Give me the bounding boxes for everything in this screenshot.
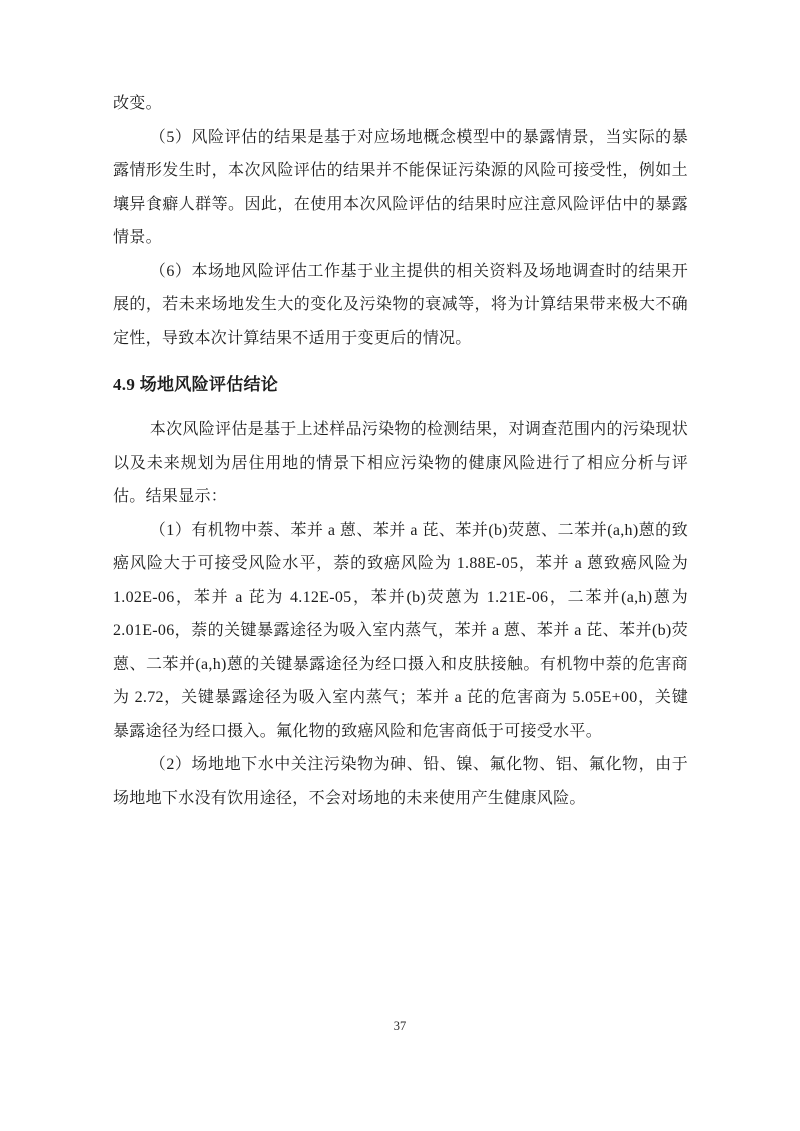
page-number: 37 [0,1018,800,1034]
paragraph-continuation: 改变。 [113,87,688,121]
document-page: 改变。 （5）风险评估的结果是基于对应场地概念模型中的暴露情景，当实际的暴露情形… [0,0,800,1131]
paragraph-item-5: （5）风险评估的结果是基于对应场地概念模型中的暴露情景，当实际的暴露情形发生时，… [113,121,688,255]
page-content: 改变。 （5）风险评估的结果是基于对应场地概念模型中的暴露情景，当实际的暴露情形… [113,87,688,815]
paragraph-result-2: （2）场地地下水中关注污染物为砷、铅、镍、氟化物、铝、氟化物，由于场地地下水没有… [113,748,688,815]
paragraph-item-6: （6）本场地风险评估工作基于业主提供的相关资料及场地调查时的结果开展的，若未来场… [113,255,688,356]
section-heading-4-9: 4.9 场地风险评估结论 [113,368,688,401]
paragraph-conclusion-intro: 本次风险评估是基于上述样品污染物的检测结果，对调查范围内的污染现状以及未来规划为… [113,413,688,514]
paragraph-result-1: （1）有机物中萘、苯并 a 蒽、苯并 a 芘、苯并(b)荧蒽、二苯并(a,h)蒽… [113,514,688,749]
